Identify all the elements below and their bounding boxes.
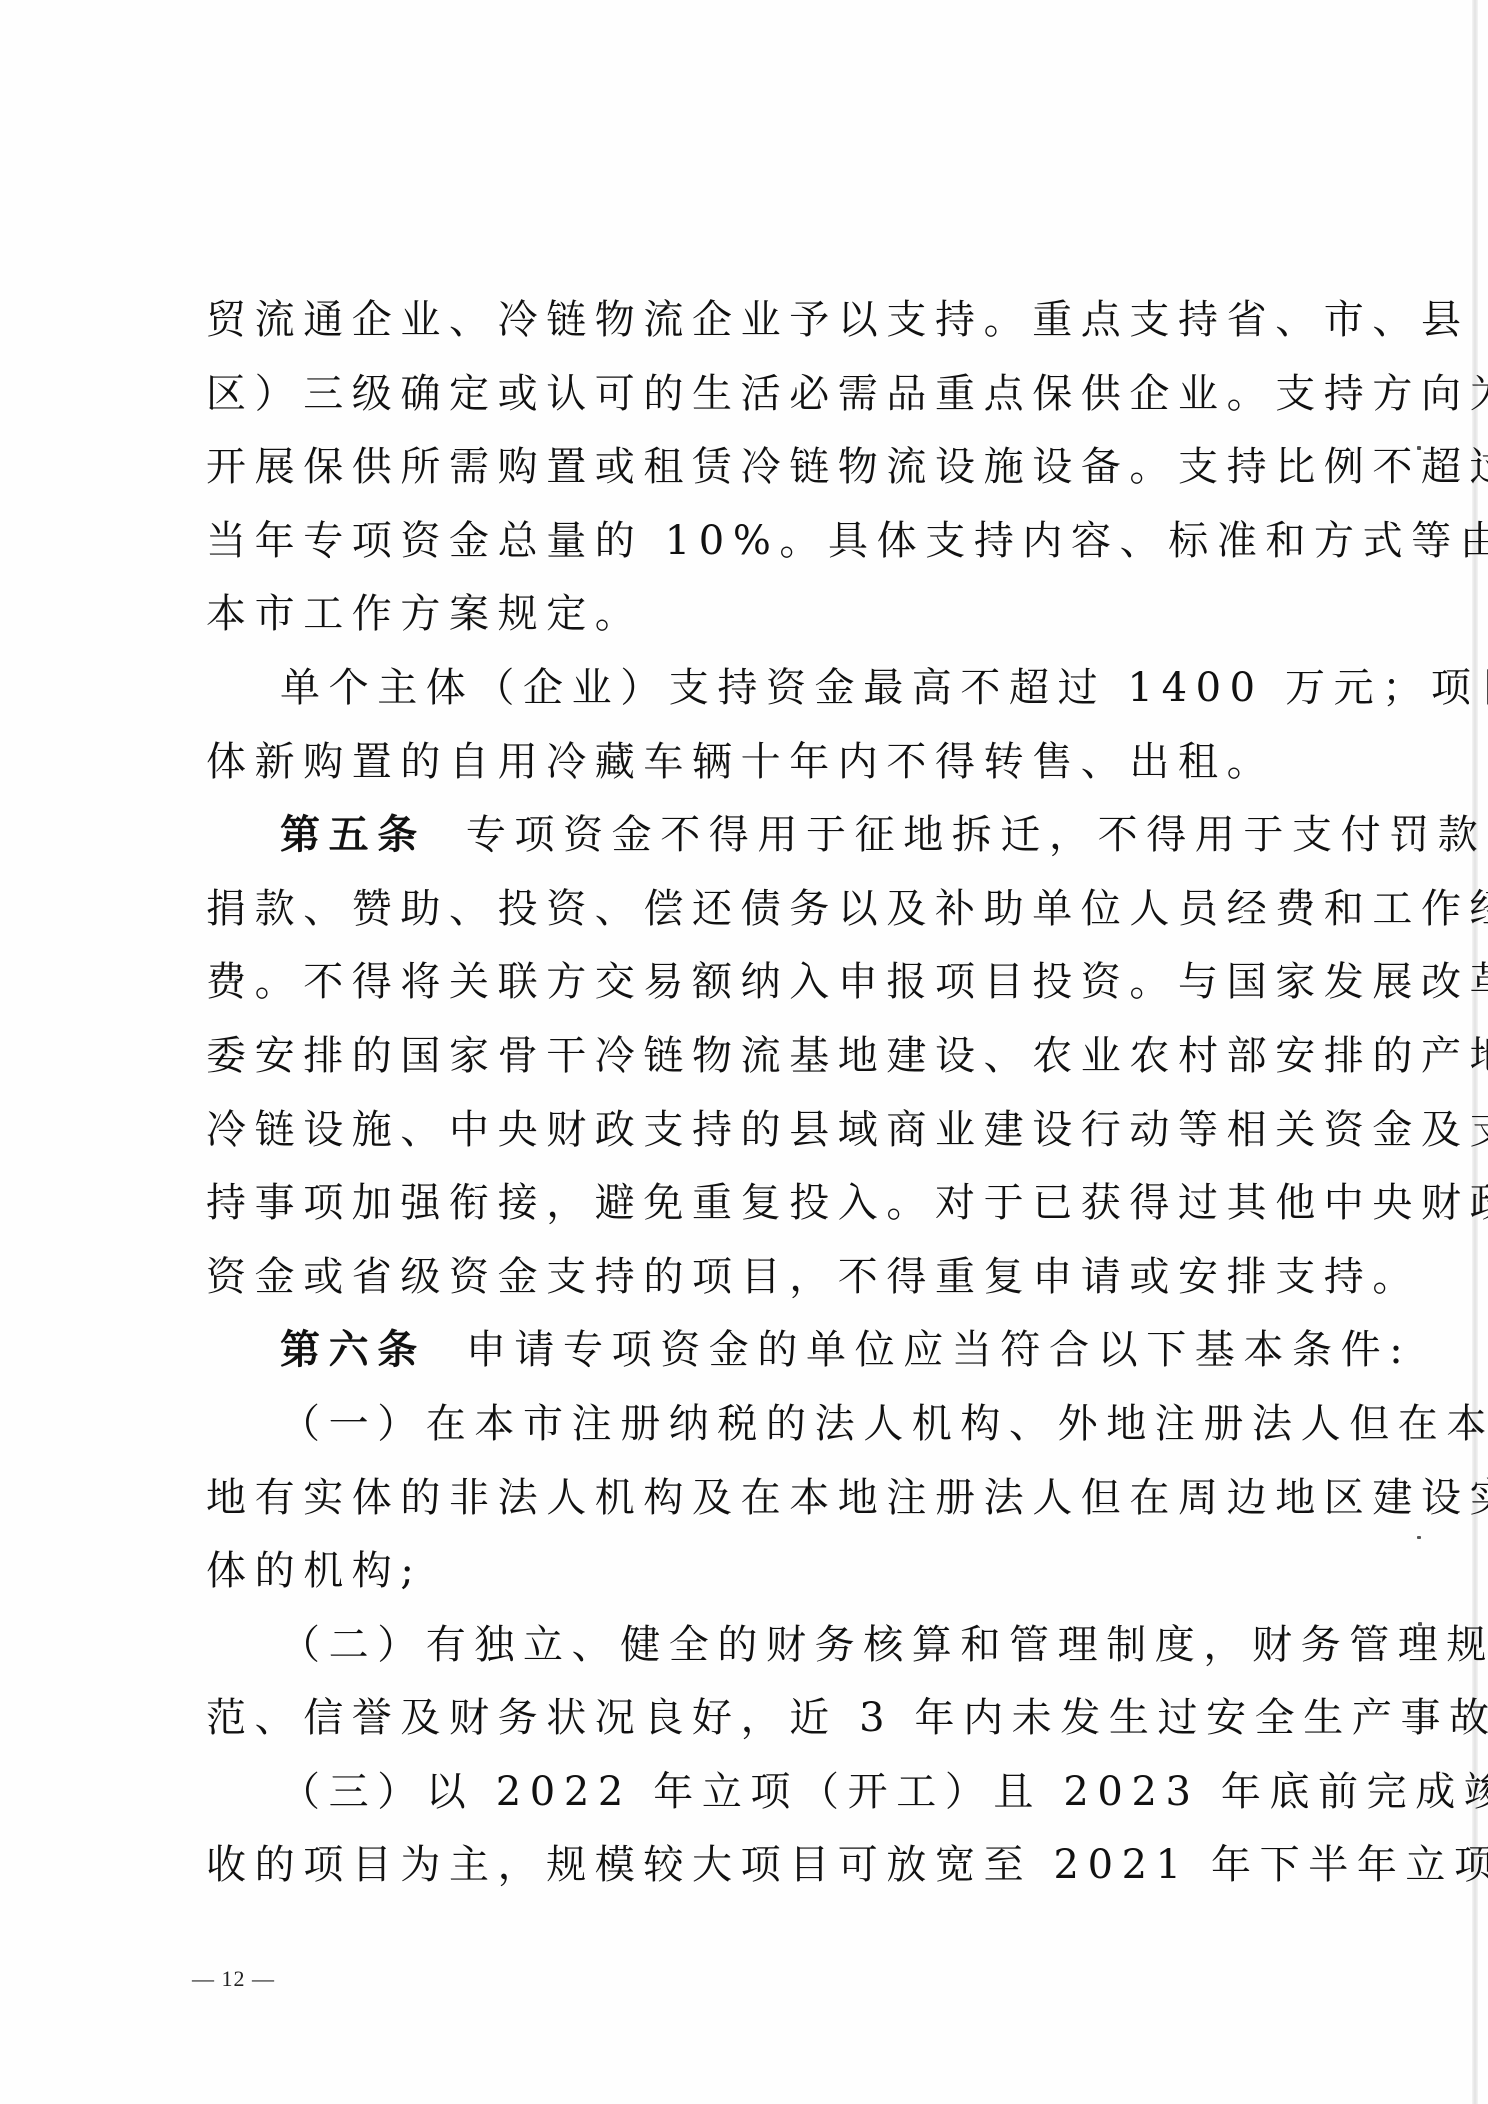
text-line: 当年专项资金总量的 10%。具体支持内容、标准和方式等由当年 <box>206 505 1292 579</box>
text-line: 委安排的国家骨干冷链物流基地建设、农业农村部安排的产地 <box>206 1020 1292 1094</box>
text-line: 贸流通企业、冷链物流企业予以支持。重点支持省、市、县（市、 <box>206 284 1292 358</box>
clause-3-line: （三）以 2022 年立项（开工）且 2023 年底前完成竣工验 <box>206 1756 1292 1830</box>
text-line: 体新购置的自用冷藏车辆十年内不得转售、出租。 <box>206 726 1292 800</box>
article-6-line: 第六条申请专项资金的单位应当符合以下基本条件: <box>206 1314 1292 1388</box>
text-line: 区）三级确定或认可的生活必需品重点保供企业。支持方向为 <box>206 358 1292 432</box>
text-line: 持事项加强衔接，避免重复投入。对于已获得过其他中央财政 <box>206 1167 1292 1241</box>
text-line: 本市工作方案规定。 <box>206 578 1292 652</box>
text-line: 体的机构; <box>206 1535 1292 1609</box>
clause-1-line: （一）在本市注册纳税的法人机构、外地注册法人但在本 <box>206 1388 1292 1462</box>
text-line: 冷链设施、中央财政支持的县域商业建设行动等相关资金及支 <box>206 1094 1292 1168</box>
text-line: 资金或省级资金支持的项目，不得重复申请或安排支持。 <box>206 1241 1292 1315</box>
page-number: — 12 — <box>192 1966 275 1992</box>
article-5-line: 第五条专项资金不得用于征地拆迁，不得用于支付罚款、 <box>206 799 1292 873</box>
text-line: 地有实体的非法人机构及在本地注册法人但在周边地区建设实 <box>206 1462 1292 1536</box>
text-line: 范、信誉及财务状况良好，近 3 年内未发生过安全生产事故。 <box>206 1682 1292 1756</box>
article-text: 申请专项资金的单位应当符合以下基本条件: <box>466 1327 1411 1373</box>
clause-2-line: （二）有独立、健全的财务核算和管理制度，财务管理规 <box>206 1609 1292 1683</box>
text-line: 捐款、赞助、投资、偿还债务以及补助单位人员经费和工作经 <box>206 873 1292 947</box>
article-heading: 第六条 <box>280 1327 426 1373</box>
document-page: 贸流通企业、冷链物流企业予以支持。重点支持省、市、县（市、 区）三级确定或认可的… <box>0 0 1488 2104</box>
article-heading: 第五条 <box>280 812 426 858</box>
document-body: 贸流通企业、冷链物流企业予以支持。重点支持省、市、县（市、 区）三级确定或认可的… <box>206 284 1292 1903</box>
text-line: 收的项目为主，规模较大项目可放宽至 2021 年下半年立项（开 <box>206 1829 1292 1903</box>
scan-speck <box>1417 1536 1421 1539</box>
text-line: 费。不得将关联方交易额纳入申报项目投资。与国家发展改革 <box>206 946 1292 1020</box>
article-text: 专项资金不得用于征地拆迁，不得用于支付罚款、 <box>466 812 1488 858</box>
paragraph-start-line: 单个主体（企业）支持资金最高不超过 1400 万元；项目主 <box>206 652 1292 726</box>
text-line: 开展保供所需购置或租赁冷链物流设施设备。支持比例不超过 <box>206 431 1292 505</box>
